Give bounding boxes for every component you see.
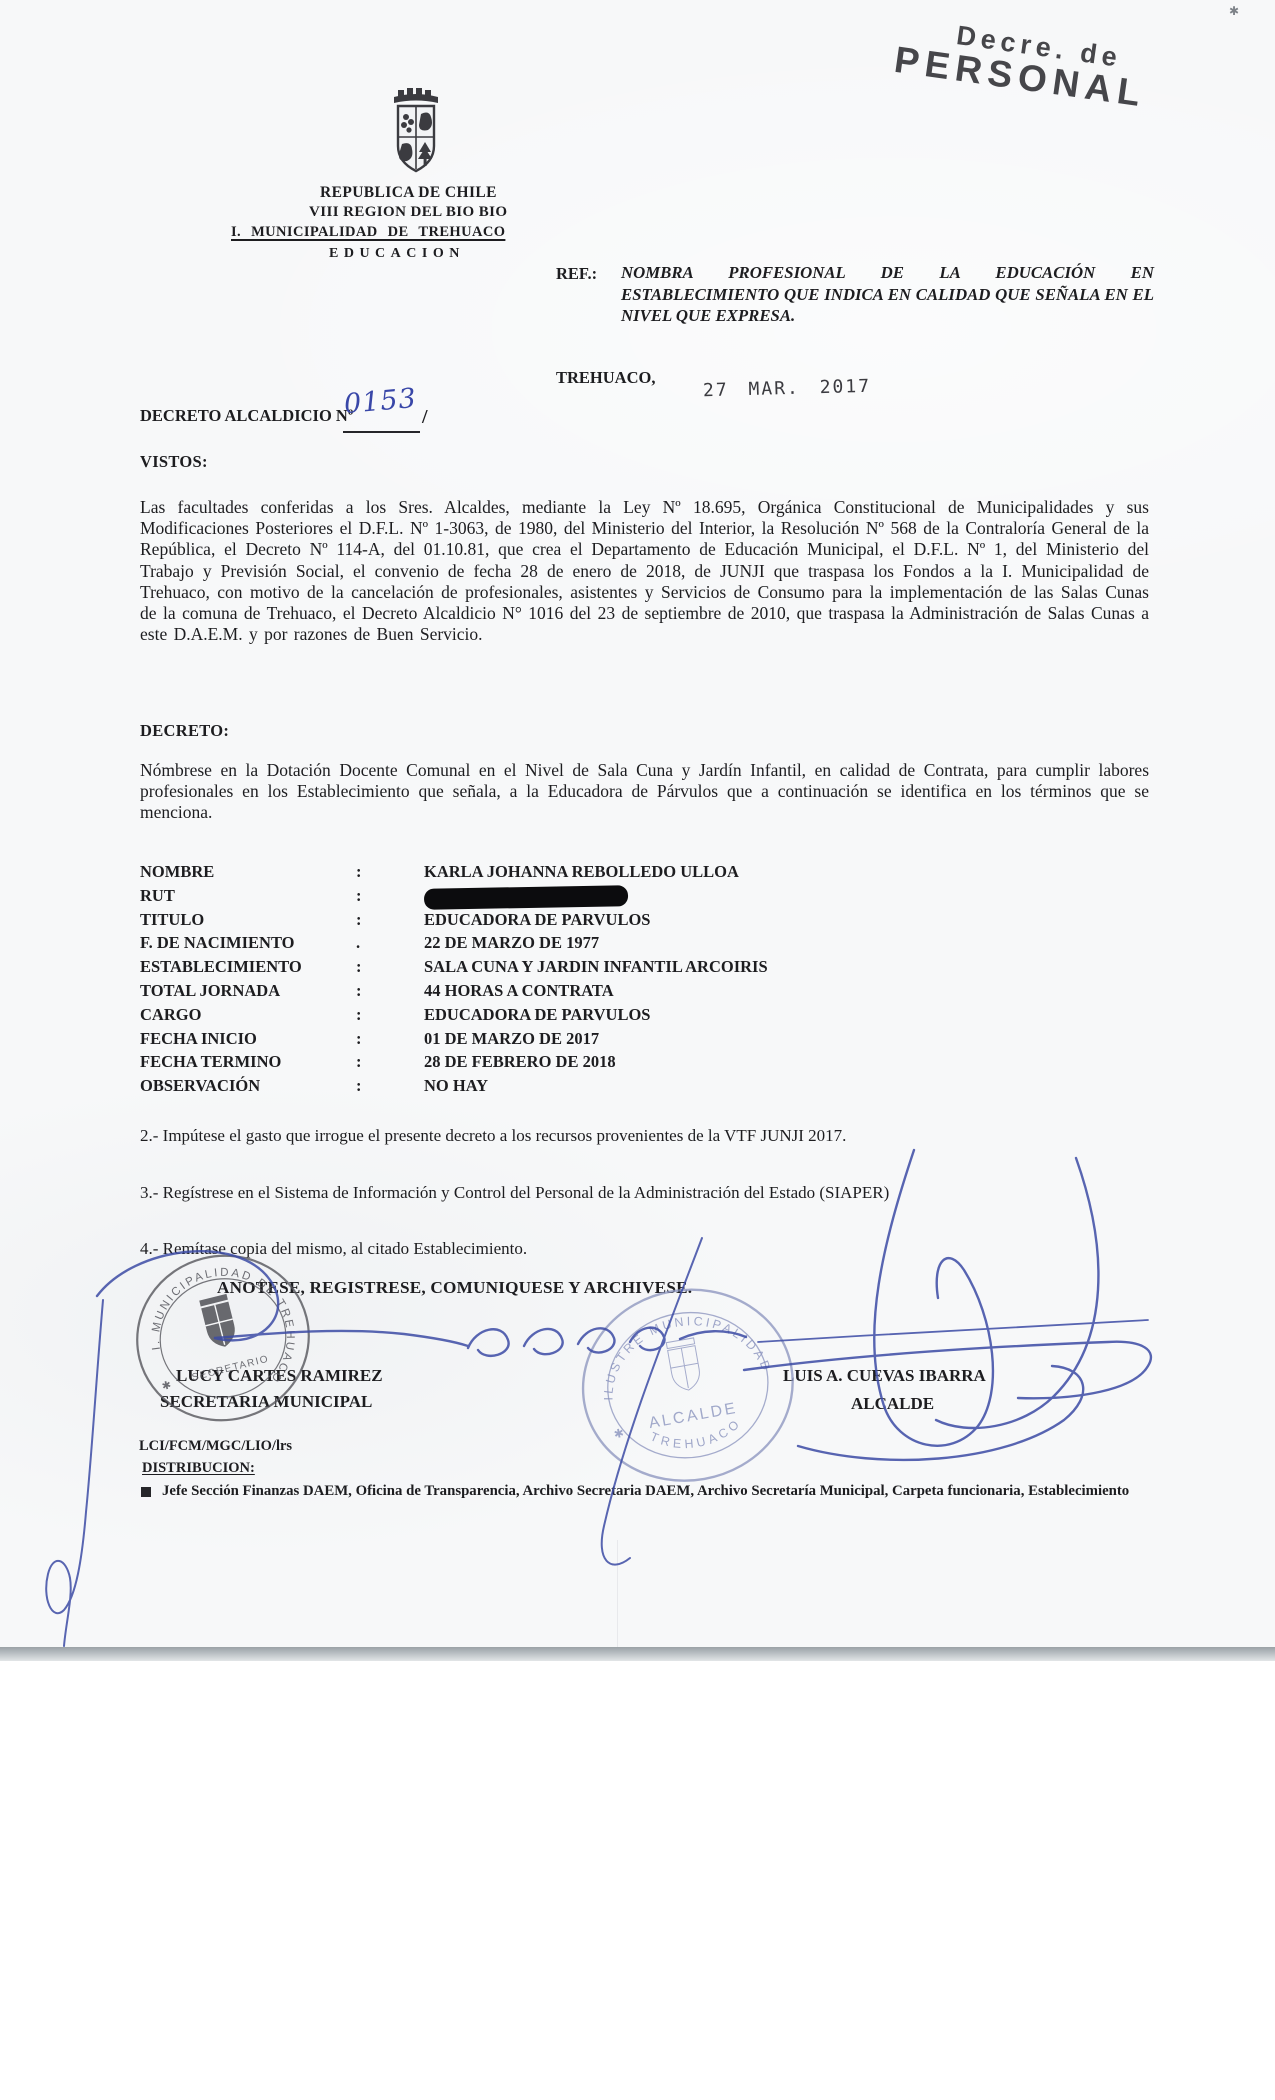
appointment-details-table: NOMBRE:KARLA JOHANNA REBOLLEDO ULLOA RUT…: [140, 860, 1150, 1098]
row-separator: :: [356, 1050, 424, 1074]
corner-speck: ✱: [1229, 4, 1239, 19]
row-value: EDUCADORA DE PARVULOS: [424, 1003, 1150, 1027]
decreto-paragraph: Nómbrese en la Dotación Docente Comunal …: [140, 760, 1149, 824]
decree-number-underline: [343, 431, 420, 433]
decree-number-label: DECRETO ALCALDICIO Nº: [140, 406, 353, 426]
row-separator: :: [356, 1003, 424, 1027]
table-row: CARGO:EDUCADORA DE PARVULOS: [140, 1003, 1150, 1027]
mayor-round-stamp: ILUSTRE MUNICIPALIDAD TREHUACO ALCALDE ✱: [559, 1265, 819, 1507]
decreto-label: DECRETO:: [140, 721, 229, 741]
table-row: RUT:: [140, 884, 1150, 908]
mayor-shield-icon: [666, 1338, 702, 1393]
sheet-bottom-edge: [0, 1647, 1275, 1661]
redaction-bar: [424, 885, 628, 910]
header-region: VIII REGION DEL BIO BIO: [309, 204, 507, 221]
row-value: EDUCADORA DE PARVULOS: [424, 908, 1150, 932]
row-value: NO HAY: [424, 1074, 1150, 1098]
table-row: TOTAL JORNADA:44 HORAS A CONTRATA: [140, 979, 1150, 1003]
row-label: FECHA INICIO: [140, 1027, 356, 1051]
row-label: CARGO: [140, 1003, 356, 1027]
row-separator: :: [356, 908, 424, 932]
secretary-shield-icon: [199, 1294, 239, 1350]
fold-line: [617, 1540, 618, 1647]
row-value: 44 HORAS A CONTRATA: [424, 979, 1150, 1003]
row-label: TOTAL JORNADA: [140, 979, 356, 1003]
row-value: 22 DE MARZO DE 1977: [424, 931, 1150, 955]
row-value: SALA CUNA Y JARDIN INFANTIL ARCOIRIS: [424, 955, 1150, 979]
row-separator: :: [356, 1074, 424, 1098]
handwritten-decree-number: 0153: [343, 383, 418, 420]
row-label: F. DE NACIMIENTO: [140, 931, 356, 955]
secretary-star-mark: ✱: [161, 1379, 173, 1393]
distribution-label: DISTRIBUCION:: [142, 1460, 255, 1477]
row-label: NOMBRE: [140, 860, 356, 884]
row-separator: .: [356, 931, 424, 955]
date-stamp: 27 MAR. 2017: [703, 376, 872, 401]
vistos-label: VISTOS:: [140, 452, 208, 472]
row-value: KARLA JOHANNA REBOLLEDO ULLOA: [424, 860, 1150, 884]
resolution-item-3: 3.- Regístrese en el Sistema de Informac…: [140, 1183, 1160, 1203]
row-separator: :: [356, 1027, 424, 1051]
row-value: 28 DE FEBRERO DE 2018: [424, 1050, 1150, 1074]
table-row: F. DE NACIMIENTO.22 DE MARZO DE 1977: [140, 931, 1150, 955]
row-label: TITULO: [140, 908, 356, 932]
row-label: FECHA TERMINO: [140, 1050, 356, 1074]
table-row: FECHA INICIO:01 DE MARZO DE 2017: [140, 1027, 1150, 1051]
table-row: OBSERVACIÓN:NO HAY: [140, 1074, 1150, 1098]
resolution-item-2: 2.- Impútese el gasto que irrogue el pre…: [140, 1126, 1160, 1146]
coat-of-arms-icon: [374, 84, 458, 184]
mayor-star-mark: ✱: [613, 1426, 625, 1442]
header-country: REPUBLICA DE CHILE: [320, 184, 497, 202]
ref-label: REF.:: [556, 264, 597, 284]
header-department: EDUCACION: [329, 246, 465, 262]
header-municipality: I. MUNICIPALIDAD DE TREHUACO: [231, 224, 505, 241]
distribution-bullet: [141, 1487, 151, 1497]
ref-text: NOMBRA PROFESIONAL DE LA EDUCACIÓN EN ES…: [621, 262, 1154, 327]
row-separator: :: [356, 979, 424, 1003]
row-label: ESTABLECIMIENTO: [140, 955, 356, 979]
row-label: OBSERVACIÓN: [140, 1074, 356, 1098]
place-city: TREHUACO,: [556, 368, 655, 388]
row-separator: :: [356, 860, 424, 884]
row-value: 01 DE MARZO DE 2017: [424, 1027, 1150, 1051]
table-row: TITULO:EDUCADORA DE PARVULOS: [140, 908, 1150, 932]
mayor-name: LUIS A. CUEVAS IBARRA: [783, 1366, 986, 1386]
table-row: ESTABLECIMIENTO:SALA CUNA Y JARDIN INFAN…: [140, 955, 1150, 979]
table-row: NOMBRE:KARLA JOHANNA REBOLLEDO ULLOA: [140, 860, 1150, 884]
scanned-decree-page: ✱ REPUBLICA DE CHILE VIII REGION DEL BIO…: [0, 0, 1275, 2100]
vistos-paragraph: Las facultades conferidas a los Sres. Al…: [140, 497, 1149, 645]
row-separator: :: [356, 955, 424, 979]
secretary-inner-text: SECRETARIO: [191, 1354, 271, 1384]
decree-number-slash: /: [422, 406, 428, 429]
mayor-title: ALCALDE: [851, 1394, 934, 1414]
table-row: FECHA TERMINO:28 DE FEBRERO DE 2018: [140, 1050, 1150, 1074]
